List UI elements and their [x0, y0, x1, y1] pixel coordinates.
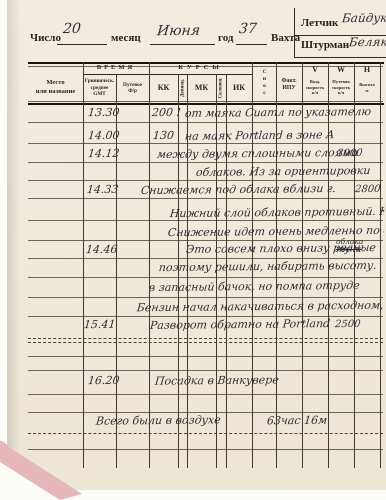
entry-time: 15.41	[83, 318, 116, 331]
entry-altitude: 2500	[334, 319, 361, 330]
scanned-logbook-page: Число 20 месяц Июня год 37 Вахта Летчик …	[0, 0, 386, 500]
col-header-place: Место или название	[28, 74, 83, 101]
entry-note: Бензин начал накачиваться в расходном, в	[136, 299, 384, 315]
entry-note: Снижаемся под облака вблизи г.	[140, 182, 336, 197]
grid-line-h	[28, 180, 383, 181]
grid-line-v	[149, 62, 150, 468]
entry-time: 13.30	[87, 106, 120, 119]
grid-line-h	[28, 277, 383, 278]
pilot-value: Байдук	[341, 11, 386, 25]
grid-line-h	[28, 356, 383, 357]
navigator-value: Беляк	[348, 35, 386, 49]
entry-note: в запасный бачок, но помпа отруде	[148, 279, 360, 294]
entry-note: Посадка в Ванкувере	[154, 373, 279, 387]
col-header-gmt: Гринвическ. среднее GMT	[84, 75, 115, 101]
entry-course: 130	[152, 129, 174, 142]
entry-altitude: 3000	[336, 148, 363, 159]
col-header-w-sub: Путевая скорость к/ч	[328, 75, 354, 100]
col-group-courses: КУРСЫ	[149, 63, 252, 74]
entry-note: Всего были в воздухе	[95, 413, 221, 427]
col-header-w: W	[328, 64, 354, 75]
col-group-time: ВРЕМЯ	[83, 63, 149, 74]
grid-line-h	[28, 122, 383, 123]
divider	[294, 8, 295, 58]
grid-line-v	[83, 62, 84, 468]
underline	[295, 57, 386, 58]
underline	[57, 44, 107, 45]
grid-line-h	[28, 143, 383, 144]
grid-line-h	[28, 101, 383, 102]
col-header-h: Н	[354, 64, 380, 75]
col-header-kk: КК	[149, 75, 178, 101]
page-edge-shadow	[7, 0, 21, 500]
paper: Число 20 месяц Июня год 37 Вахта Летчик …	[0, 0, 386, 500]
entry-note: Нижний слой облаков противный. Крыле	[169, 205, 384, 220]
grid-line-h	[28, 449, 383, 450]
col-header-local-time: Путевое Ф/р	[116, 75, 149, 101]
entry-note: Разворот обратно на Portland	[149, 317, 330, 332]
col-header-v: V	[302, 64, 328, 75]
grid-line-h	[28, 297, 383, 298]
pilot-label: Летчик	[301, 17, 338, 29]
underline	[236, 44, 267, 45]
underline	[150, 44, 215, 45]
grid-line-h	[28, 433, 383, 434]
entry-time: 14.33	[86, 183, 119, 196]
navigator-label: Штурман	[301, 39, 349, 51]
col-header-drift: Снос	[253, 64, 275, 102]
entry-time: 16.20	[87, 374, 120, 387]
entry-correction: облака тучи	[336, 238, 363, 255]
year-value: 37	[238, 21, 257, 37]
month-value: Июня	[156, 23, 201, 39]
entry-note: между двумя сплошными слоями	[156, 146, 359, 161]
entry-altitude: 2800	[354, 184, 381, 195]
entry-note: облаков. Из за ориентировки	[195, 164, 371, 179]
entry-time: 14.00	[87, 129, 120, 142]
entry-time: 14.46	[85, 243, 118, 256]
year-label: год	[218, 32, 233, 44]
month-label: месяц	[111, 32, 141, 44]
entry-note: поэтому решили, набирать высоту.	[158, 259, 377, 274]
entry-total-time: 63час 16м	[266, 414, 327, 428]
col-header-deviation: Девиац.	[181, 79, 186, 97]
grid-line-h	[28, 370, 383, 371]
date-value: 20	[62, 21, 81, 37]
grid-line-h	[28, 342, 383, 343]
date-label: Число	[30, 32, 61, 44]
col-header-v-sub: Возд. скорость к/ч	[302, 75, 328, 100]
grid-line-h	[28, 198, 383, 199]
col-header-h-sub: Высота м	[354, 75, 380, 100]
entry-time: 14.12	[87, 147, 120, 160]
col-header-ik: ИК	[226, 75, 252, 101]
grid-line-h	[28, 162, 383, 163]
entry-note: от маяка Сиатл по указателю	[184, 105, 371, 120]
grid-line-h	[28, 220, 383, 221]
entry-note: на маяк Portland в зоне А	[184, 128, 335, 143]
col-header-mk: МК	[187, 75, 216, 101]
entry-correction-old: тучи	[336, 246, 363, 255]
col-header-fact-ipu: Факт. ИПУ	[276, 72, 302, 98]
entry-course: 200 !	[151, 106, 181, 119]
col-header-declination: Склонен.	[219, 77, 224, 98]
grid-line-h	[28, 394, 383, 395]
grid-line-v	[380, 62, 381, 468]
grid-line-h	[28, 338, 383, 339]
watch-label: Вахта	[271, 32, 300, 44]
